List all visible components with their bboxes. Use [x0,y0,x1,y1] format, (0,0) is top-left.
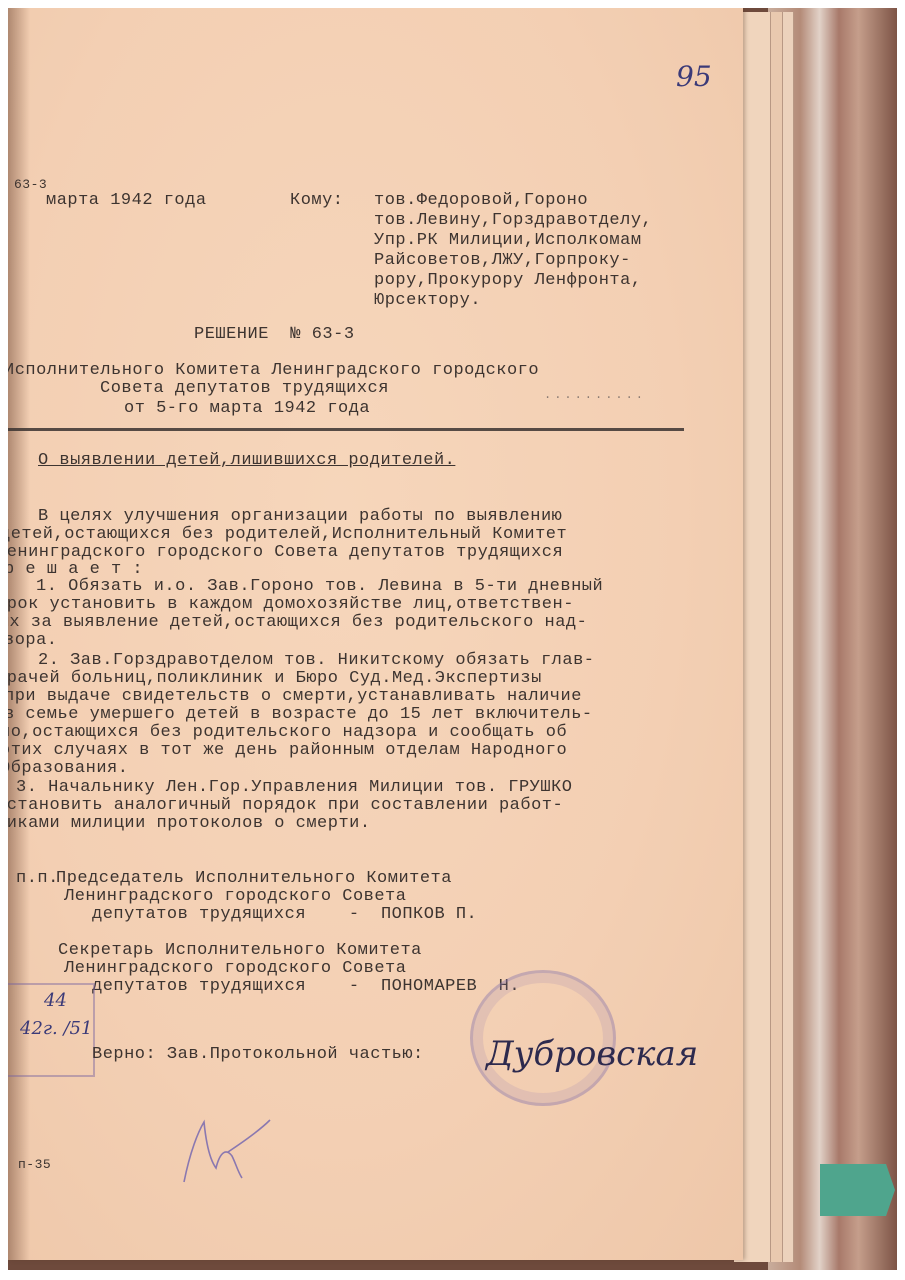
document-page: 95 63-3 марта 1942 года Кому: тов.Федоро… [8,8,743,1260]
recipient-line: тов.Левину,Горздравотделу, [374,212,652,230]
registration-number: 44 [44,990,67,1011]
body-line: но,остающихся без родительского надзора … [8,724,567,742]
decision-heading: РЕШЕНИЕ № 63-3 [194,326,355,344]
body-line: никами милиции протоколов о смерти. [8,815,371,833]
secretary-title-line: Секретарь Исполнительного Комитета [58,942,422,960]
recipient-line: Упр.РК Милиции,Исполкомам [374,232,642,250]
date-line: марта 1942 года [46,192,207,210]
doc-ref: 63-3 [14,176,47,194]
recipient-line: тов.Федоровой,Гороно [374,192,588,210]
chair-name-line: депутатов трудящихся - ПОПКОВ П. [92,906,477,924]
subject-line: О выявлении детей,лишившихся родителей. [38,452,455,470]
body-line: срок установить в каждом домохозяйстве л… [8,596,574,614]
issuer-line-1: Исполнительного Комитета Ленинградского … [8,362,539,380]
horizontal-divider [8,428,684,431]
body-line: ных за выявление детей,остающихся без ро… [8,614,587,632]
registration-date: 42г. /51 [20,1018,92,1039]
body-line: 2. Зав.Горздравотделом тов. Никитскому о… [38,652,595,670]
issuer-line-2: Совета депутатов трудящихся [100,380,389,398]
signature-prefix: п.п. [16,870,59,888]
body-line: врачей больниц,поликлиник и Бюро Суд.Мед… [8,670,542,688]
dotted-leader: .......... [544,388,646,402]
recipient-line: Юрсектору. [374,292,481,310]
certified-label: Верно: Зав.Протокольной частью: [92,1046,424,1064]
body-line: при выдаче свидетельств о смерти,устанав… [8,688,582,706]
chair-title-line: Председатель Исполнительного Комитета [56,870,452,888]
decision-date: от 5-го марта 1942 года [124,400,370,418]
body-line: 1. Обязать и.о. Зав.Гороно тов. Левина в… [36,578,603,596]
body-line: в семье умершего детей в возрасте до 15 … [8,706,593,724]
recipient-line: рору,Прокурору Ленфронта, [374,272,642,290]
body-line: В целях улучшения организации работы по … [38,508,562,526]
body-line: этих случаях в тот же день районным отде… [8,742,567,760]
handwritten-signature: Дубровская [486,1034,698,1074]
secretary-name-line: депутатов трудящихся - ПОНОМАРЕВ Н. [92,978,520,996]
body-line: зора. [8,632,58,650]
body-line: установить аналогичный порядок при соста… [8,797,563,815]
footer-code: п-35 [18,1156,51,1174]
initials-signature-icon [176,1112,276,1192]
secretary-title-line: Ленинградского городского Совета [64,960,406,978]
scanned-document: 95 63-3 марта 1942 года Кому: тов.Федоро… [8,8,897,1270]
body-line: детей,остающихся без родителей,Исполните… [8,526,567,544]
chair-title-line: Ленинградского городского Совета [64,888,406,906]
page-number-handwritten: 95 [676,60,712,93]
recipient-line: Райсоветов,ЛЖУ,Горпроку- [374,252,631,270]
body-line: Образования. [8,760,128,778]
body-line: 3. Начальнику Лен.Гор.Управления Милиции… [16,779,573,797]
bookmark-tab [820,1164,895,1216]
to-label: Кому: [290,192,344,210]
